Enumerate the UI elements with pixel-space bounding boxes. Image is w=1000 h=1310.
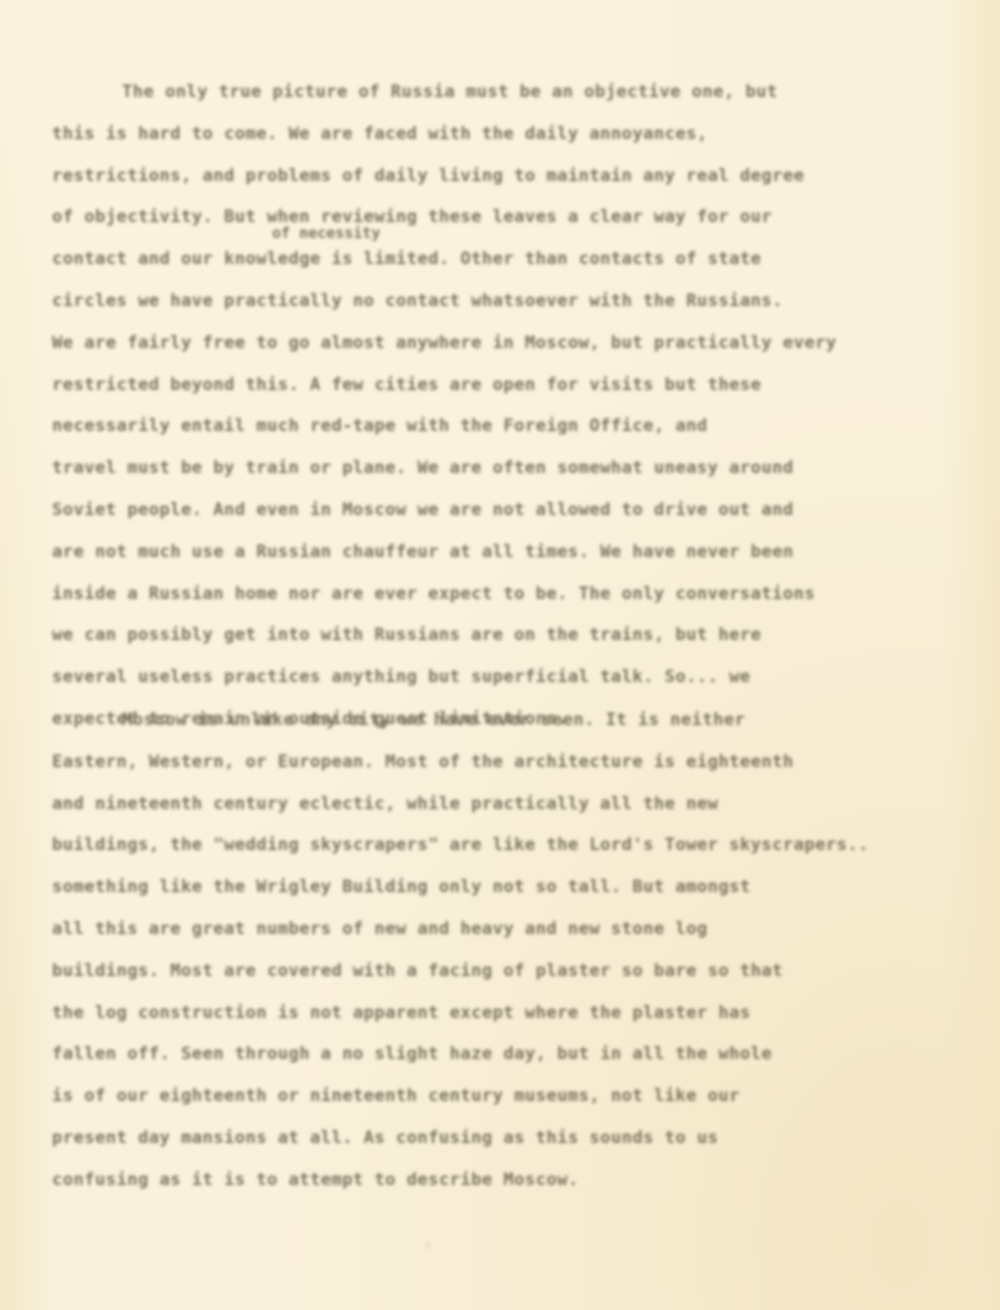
- text-line: fallen off. Seen through a no slight haz…: [52, 1044, 772, 1064]
- text-line: buildings. Most are covered with a facin…: [52, 961, 783, 981]
- paper-smudge: [426, 1242, 430, 1248]
- text-line: confusing as it is to attempt to describ…: [52, 1170, 579, 1190]
- text-line: we can possibly get into with Russians a…: [52, 625, 761, 645]
- text-line: all this are great numbers of new and he…: [52, 919, 708, 939]
- text-line: several useless practices anything but s…: [52, 667, 751, 687]
- text-line: and nineteenth century eclectic, while p…: [52, 794, 718, 814]
- text-line: Moscow is unlike any city we have ever s…: [122, 710, 745, 730]
- interlinear-correction: of necessity: [272, 224, 380, 242]
- text-line: necessarily entail much red-tape with th…: [52, 416, 708, 436]
- text-line: The only true picture of Russia must be …: [122, 82, 778, 102]
- text-line: We are fairly free to go almost anywhere…: [52, 333, 837, 353]
- text-line: contact and our knowledge is limited. Ot…: [52, 249, 761, 269]
- text-line: something like the Wrigley Building only…: [52, 877, 751, 897]
- text-line: inside a Russian home nor are ever expec…: [52, 584, 815, 604]
- text-line: present day mansions at all. As confusin…: [52, 1128, 718, 1148]
- text-line: the log construction is not apparent exc…: [52, 1003, 751, 1023]
- text-line: restrictions, and problems of daily livi…: [52, 166, 804, 186]
- text-line: are not much use a Russian chauffeur at …: [52, 542, 794, 562]
- text-line: travel must be by train or plane. We are…: [52, 458, 794, 478]
- text-line: of objectivity. But when reviewing these…: [52, 207, 772, 227]
- text-line: this is hard to come. We are faced with …: [52, 124, 708, 144]
- text-line: restricted beyond this. A few cities are…: [52, 375, 761, 395]
- text-line: Eastern, Western, or European. Most of t…: [52, 752, 794, 772]
- text-line: is of our eighteenth or nineteenth centu…: [52, 1086, 740, 1106]
- text-line: circles we have practically no contact w…: [52, 291, 783, 311]
- text-line: Soviet people. And even in Moscow we are…: [52, 500, 794, 520]
- typed-letter-page: The only true picture of Russia must be …: [0, 0, 1000, 1310]
- text-line: buildings, the "wedding skyscrapers" are…: [52, 835, 869, 855]
